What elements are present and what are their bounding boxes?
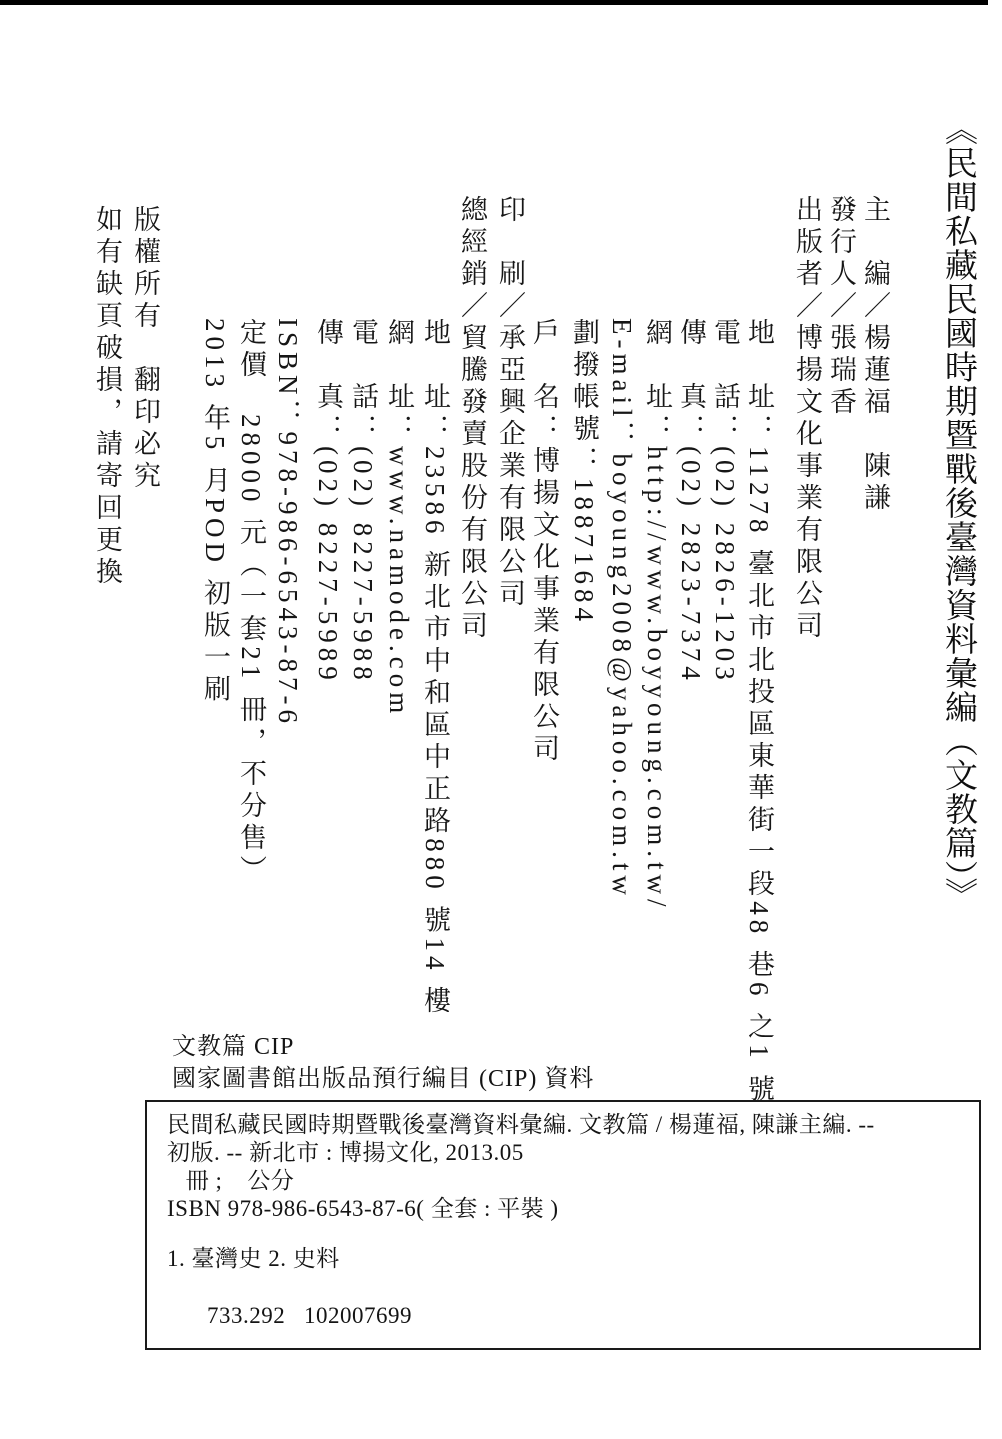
account-name-label: 戶 名： [529,318,559,446]
cip-line-isbn: ISBN 978-986-6543-87-6( 全套 : 平裝 ) [167,1197,979,1221]
cip-box: 民間私藏民國時期暨戰後臺灣資料彙編. 文教篇 / 楊蓮福, 陳謙主編. -- 初… [145,1100,981,1350]
publisher-label: 出版者／ [792,195,822,323]
distributor-website-label: 網 址： [384,318,414,446]
cip-line-subjects: 1. 臺灣史 2. 史料 [167,1247,979,1271]
defect-notice-value: 如有缺頁破損，請寄回更換 [92,205,122,589]
publisher-email-value: boyoung2008@yahoo.com.tw [607,453,637,899]
book-title-vertical: 《民間私藏民國時期暨戰後臺灣資料彙編（文教篇）》 [938,112,976,912]
distributor-fax-value: (02) 8227-5989 [313,446,343,685]
printer-label: 印 刷／ [495,195,525,323]
copyright-notice-value: 版權所有 翻印必究 [130,205,160,493]
colophon-publisher-phone: 電 話：(02) 2826-1203 [709,318,740,685]
publisher-value: 博揚文化事業有限公司 [792,323,822,643]
editor-label: 主 編／ [860,195,890,323]
colophon-distributor-fax: 傳 真：(02) 8227-5989 [312,318,343,685]
cip-line-class-number: 733.292 102007699 [167,1304,979,1328]
colophon-publisher: 出版者／博揚文化事業有限公司 [791,195,822,643]
distributor-label: 總經銷／ [457,195,487,323]
colophon-editor: 主 編／楊蓮福 陳謙 [859,195,890,515]
colophon-distributor-address: 地 址：23586 新北市中和區中正路880 號14 樓 [419,318,450,1018]
colophon-account-name: 戶 名：博揚文化事業有限公司 [528,318,559,766]
cip-line-edition: 初版. -- 新北市 : 博揚文化, 2013.05 [167,1141,979,1165]
edition-value: 2013 年5 月POD 初版一刷 [200,318,230,707]
scan-edge-artifact [0,0,988,5]
colophon-publisher-email: E-mail：boyoung2008@yahoo.com.tw [606,318,637,900]
publisher-address-value: 11278 臺北市北投區東華街一段48 巷6 之1 號 [744,446,774,1107]
publisher-email-label: E-mail： [607,318,637,453]
cip-section-label: 文教篇 CIP [172,1026,294,1061]
publisher-address-label: 地 址： [744,318,774,446]
cip-line-title: 民間私藏民國時期暨戰後臺灣資料彙編. 文教篇 / 楊蓮福, 陳謙主編. -- [167,1113,979,1137]
colophon-distributor-phone: 電 話：(02) 8227-5988 [347,318,378,685]
isbn-value: 978-986-6543-87-6 [273,432,303,728]
isbn-label: ISBN： [273,318,303,432]
colophon-page: 《民間私藏民國時期暨戰後臺灣資料彙編（文教篇）》 主 編／楊蓮福 陳謙 發行人／… [0,0,1002,1439]
distributor-phone-value: (02) 8227-5988 [348,446,378,685]
postal-account-value: 18871684 [569,478,599,626]
publisher-phone-value: (02) 2826-1203 [710,446,740,685]
colophon-publisher-address: 地 址：11278 臺北市北投區東華街一段48 巷6 之1 號 [743,318,774,1107]
price-label: 定價 [236,318,266,414]
publisher-website-value: http://www.boyyoung.com.tw/ [642,446,672,912]
account-name-value: 博揚文化事業有限公司 [529,446,559,766]
colophon-issuer: 發行人／張瑞香 [825,195,856,419]
publisher-fax-value: (02) 2823-7374 [676,446,706,685]
price-value: 28000 元（一套21 冊，不分售） [236,414,266,887]
distributor-fax-label: 傳 真： [313,318,343,446]
issuer-value: 張瑞香 [826,323,856,419]
cip-line-format: 冊 ; 公分 [167,1169,979,1193]
colophon-publisher-website: 網 址：http://www.boyyoung.com.tw/ [641,318,672,912]
distributor-website-value: www.namode.com [384,446,414,718]
publisher-fax-label: 傳 真： [676,318,706,446]
distributor-address-label: 地 址： [420,318,450,446]
editor-value: 楊蓮福 陳謙 [860,323,890,515]
colophon-isbn: ISBN：978-986-6543-87-6 [272,318,303,728]
colophon-edition: 2013 年5 月POD 初版一刷 [199,318,230,707]
distributor-phone-label: 電 話： [348,318,378,446]
publisher-website-label: 網 址： [642,318,672,446]
issuer-label: 發行人／ [826,195,856,323]
colophon-copyright-notice: 版權所有 翻印必究 [129,205,160,493]
printer-value: 承亞興企業有限公司 [495,323,525,611]
postal-account-label: 劃撥帳號： [569,318,599,478]
colophon-publisher-fax: 傳 真：(02) 2823-7374 [675,318,706,685]
colophon-price: 定價 28000 元（一套21 冊，不分售） [235,318,266,887]
distributor-address-value: 23586 新北市中和區中正路880 號14 樓 [420,446,450,1018]
colophon-distributor: 總經銷／貿騰發賣股份有限公司 [456,195,487,643]
colophon-postal-account: 劃撥帳號：18871684 [568,318,599,626]
colophon-distributor-website: 網 址：www.namode.com [383,318,414,718]
colophon-defect-notice: 如有缺頁破損，請寄回更換 [91,205,122,589]
distributor-value: 貿騰發賣股份有限公司 [457,323,487,643]
colophon-printer: 印 刷／承亞興企業有限公司 [494,195,525,611]
publisher-phone-label: 電 話： [710,318,740,446]
cip-heading: 國家圖書館出版品預行編目 (CIP) 資料 [172,1058,594,1093]
